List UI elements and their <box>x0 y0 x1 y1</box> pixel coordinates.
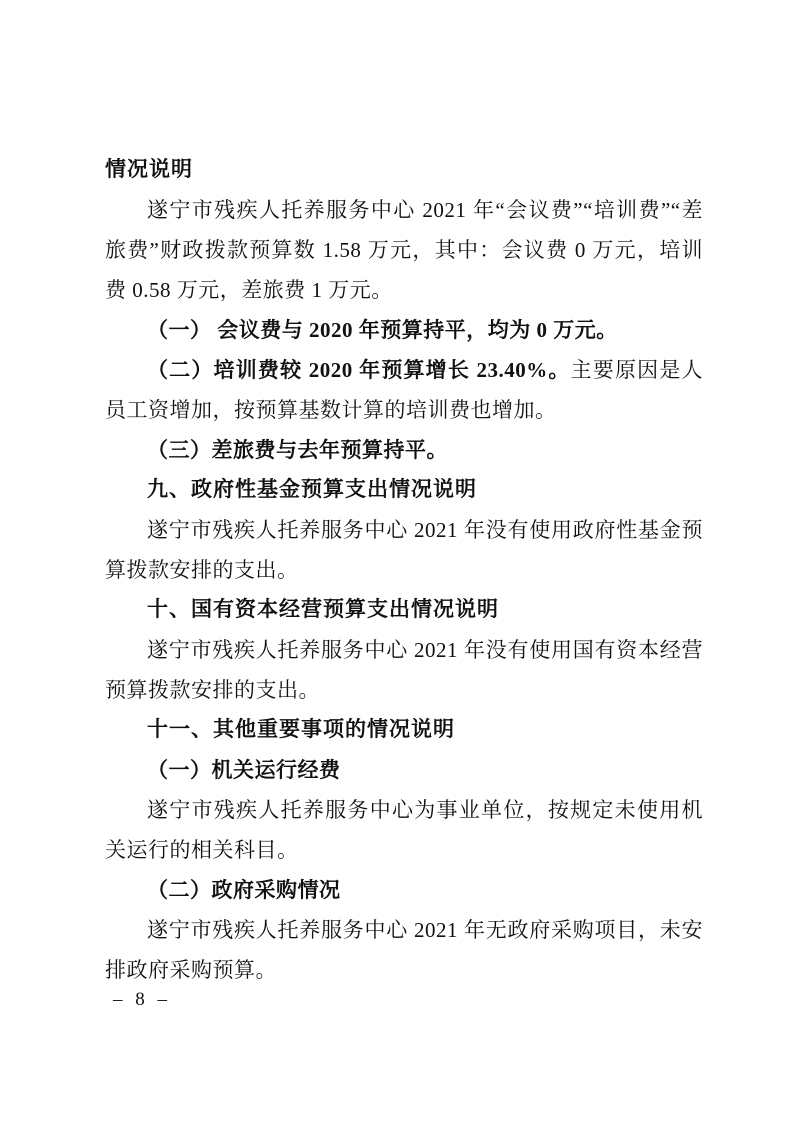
page-number: – 8 – <box>113 985 171 1015</box>
sub-two-heading: （二）政府采购情况 <box>105 870 703 910</box>
item-two-bold-lead: （二）培训费较 2020 年预算增长 23.40%。 <box>147 358 571 382</box>
sub-two-paragraph: 遂宁市残疾人托养服务中心 2021 年无政府采购项目，未安排政府采购预算。 <box>105 910 703 990</box>
section-ten-paragraph: 遂宁市残疾人托养服务中心 2021 年没有使用国有资本经营预算拨款安排的支出。 <box>105 630 703 710</box>
item-one-meeting-fee: （一） 会议费与 2020 年预算持平，均为 0 万元。 <box>105 310 703 350</box>
section-eleven-heading: 十一、其他重要事项的情况说明 <box>105 710 703 750</box>
sub-one-paragraph: 遂宁市残疾人托养服务中心为事业单位，按规定未使用机关运行的相关科目。 <box>105 790 703 870</box>
document-body: 情况说明 遂宁市残疾人托养服务中心 2021 年“会议费”“培训费”“差旅费”财… <box>105 150 703 990</box>
item-two-training-fee: （二）培训费较 2020 年预算增长 23.40%。主要原因是人员工资增加，按预… <box>105 350 703 430</box>
document-page: 情况说明 遂宁市残疾人托养服务中心 2021 年“会议费”“培训费”“差旅费”财… <box>0 0 793 1122</box>
section-nine-paragraph: 遂宁市残疾人托养服务中心 2021 年没有使用政府性基金预算拨款安排的支出。 <box>105 510 703 590</box>
item-three-travel-fee: （三）差旅费与去年预算持平。 <box>105 430 703 470</box>
overview-paragraph: 遂宁市残疾人托养服务中心 2021 年“会议费”“培训费”“差旅费”财政拨款预算… <box>105 190 703 310</box>
section-nine-heading: 九、政府性基金预算支出情况说明 <box>105 470 703 510</box>
section-ten-heading: 十、国有资本经营预算支出情况说明 <box>105 590 703 630</box>
heading-continuation: 情况说明 <box>105 150 703 190</box>
sub-one-heading: （一）机关运行经费 <box>105 750 703 790</box>
